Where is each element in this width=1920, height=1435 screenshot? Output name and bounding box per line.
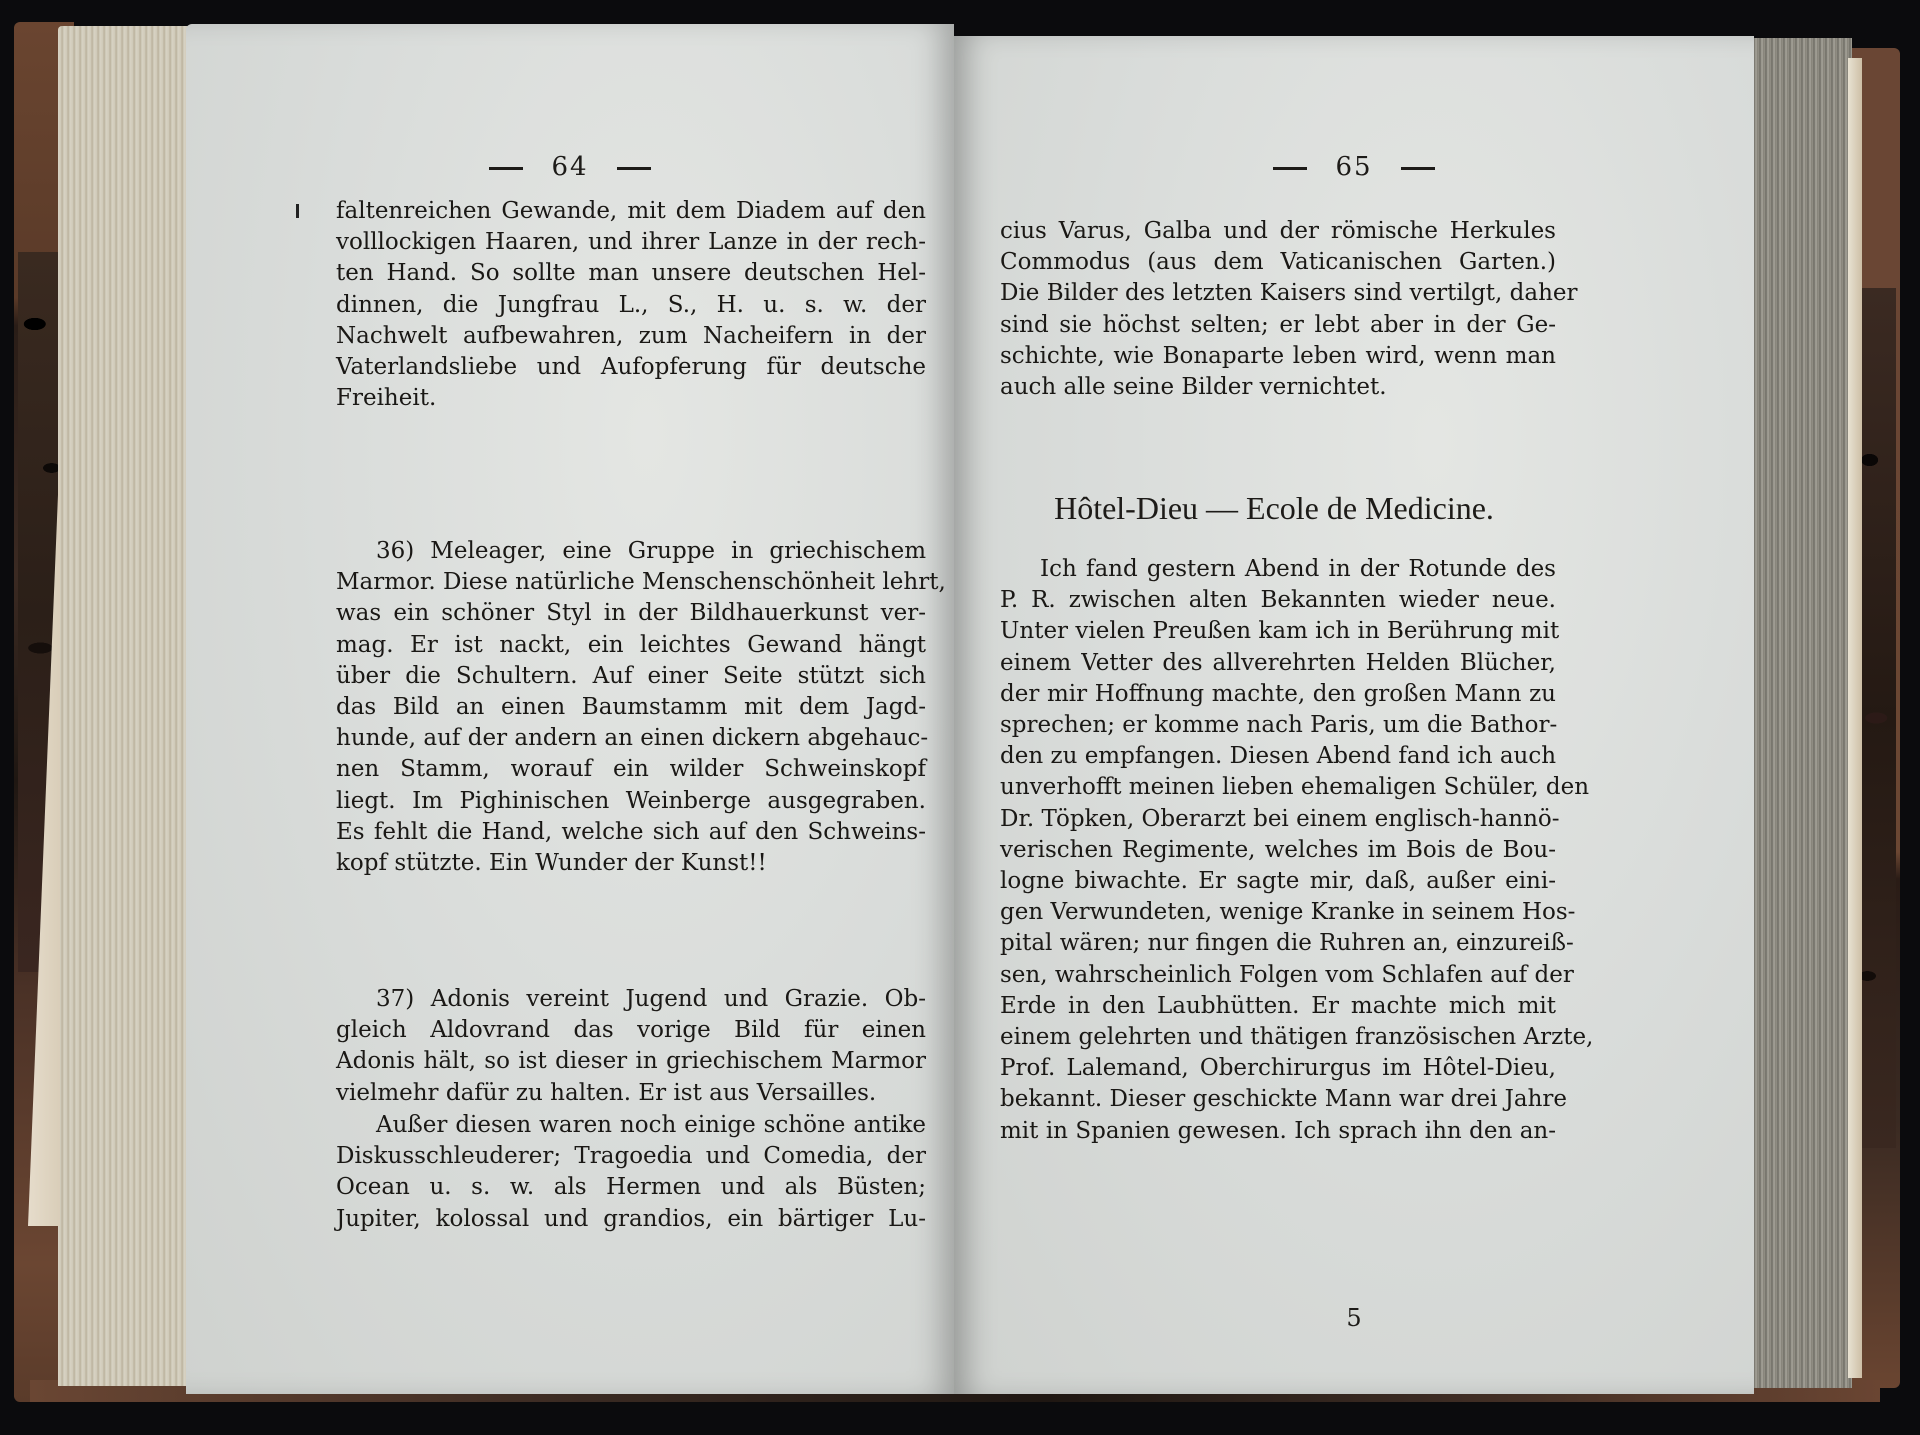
- text-line: faltenreichen Gewande, mit dem Diadem au…: [336, 196, 926, 227]
- left-page: 64 faltenreichen Gewande, mit dem Diadem…: [186, 24, 954, 1394]
- text-line: volllockigen Haaren, und ihrer Lanze in …: [336, 227, 926, 258]
- page-number-left: 64: [186, 152, 954, 182]
- folio-dash: [489, 167, 523, 170]
- folio-dash: [1273, 167, 1307, 170]
- text-line: nen Stamm, worauf ein wilder Schweinskop…: [336, 754, 926, 785]
- text-line: ten Hand. So sollte man unsere deutschen…: [336, 258, 926, 289]
- text-line: das Bild an einen Baumstamm mit dem Jagd…: [336, 692, 926, 723]
- page-stack-right: [1752, 38, 1852, 1388]
- text-line: Ocean u. s. w. als Hermen und als Büsten…: [336, 1172, 926, 1203]
- margin-mark: [296, 204, 299, 218]
- text-line: auch alle seine Bilder vernichtet.: [1000, 372, 1556, 403]
- text-line: unverhofft meinen lieben ehemaligen Schü…: [1000, 772, 1556, 803]
- folio-number: 64: [551, 152, 588, 182]
- text-line: cius Varus, Galba und der römische Herku…: [1000, 216, 1556, 247]
- text-line: Jupiter, kolossal und grandios, ein bärt…: [336, 1204, 926, 1235]
- text-line: pital wären; nur fingen die Ruhren an, e…: [1000, 928, 1556, 959]
- paragraph-item-36: 36) Meleager, eine Gruppe in griechische…: [336, 536, 926, 879]
- text-line: gen Verwundeten, wenige Kranke in seinem…: [1000, 897, 1556, 928]
- right-page: 65 cius Varus, Galba und der römische He…: [954, 36, 1754, 1394]
- text-line: logne biwachte. Er sagte mir, daß, außer…: [1000, 866, 1556, 897]
- folio-dash: [617, 167, 651, 170]
- text-line: Unter vielen Preußen kam ich in Berührun…: [1000, 616, 1556, 647]
- text-line: mit in Spanien gewesen. Ich sprach ihn d…: [1000, 1116, 1556, 1147]
- paragraph-item-37: 37) Adonis vereint Jugend und Grazie. Ob…: [336, 984, 926, 1109]
- text-line: hunde, auf der andern an einen dickern a…: [336, 723, 926, 754]
- text-line: Marmor. Diese natürliche Menschenschönhe…: [336, 567, 926, 598]
- text-line: schichte, wie Bonaparte leben wird, wenn…: [1000, 341, 1556, 372]
- text-line: mag. Er ist nackt, ein leichtes Gewand h…: [336, 630, 926, 661]
- text-line: Außer diesen waren noch einige schöne an…: [336, 1110, 926, 1141]
- text-line: über die Schultern. Auf einer Seite stüt…: [336, 661, 926, 692]
- folio-dash: [1401, 167, 1435, 170]
- signature-mark: 5: [954, 1304, 1754, 1332]
- text-line: gleich Aldovrand das vorige Bild für ein…: [336, 1015, 926, 1046]
- paragraph-continuation: cius Varus, Galba und der römische Herku…: [1000, 216, 1556, 403]
- text-line: einem gelehrten und thätigen französisch…: [1000, 1022, 1556, 1053]
- folio-number: 65: [1335, 152, 1372, 182]
- text-line: Prof. Lalemand, Oberchirurgus im Hôtel-D…: [1000, 1053, 1556, 1084]
- paragraph-closing: Außer diesen waren noch einige schöne an…: [336, 1110, 926, 1235]
- text-line: Dr. Töpken, Oberarzt bei einem englisch-…: [1000, 804, 1556, 835]
- text-line: Erde in den Laubhütten. Er machte mich m…: [1000, 991, 1556, 1022]
- text-line: Adonis hält, so ist dieser in griechisch…: [336, 1046, 926, 1077]
- page-stack-left: [58, 26, 188, 1386]
- section-heading: Hôtel-Dieu — Ecole de Medicine.: [994, 490, 1554, 527]
- text-line: einem Vetter des allverehrten Helden Blü…: [1000, 648, 1556, 679]
- text-line: Vaterlandsliebe und Aufopferung für deut…: [336, 352, 926, 383]
- text-line: bekannt. Dieser geschickte Mann war drei…: [1000, 1084, 1556, 1115]
- text-line: 37) Adonis vereint Jugend und Grazie. Ob…: [336, 984, 926, 1015]
- page-number-right: 65: [954, 152, 1754, 182]
- text-line: 36) Meleager, eine Gruppe in griechische…: [336, 536, 926, 567]
- paragraph-section-body: Ich fand gestern Abend in der Rotunde de…: [1000, 554, 1556, 1147]
- text-line: Ich fand gestern Abend in der Rotunde de…: [1000, 554, 1556, 585]
- text-line: Commodus (aus dem Vaticanischen Garten.): [1000, 247, 1556, 278]
- text-line: Nachwelt aufbewahren, zum Nacheifern in …: [336, 321, 926, 352]
- text-line: verischen Regimente, welches im Bois de …: [1000, 835, 1556, 866]
- text-line: sen, wahrscheinlich Folgen vom Schlafen …: [1000, 960, 1556, 991]
- page-edge-right: [1848, 58, 1862, 1378]
- text-line: der mir Hoffnung machte, den großen Mann…: [1000, 679, 1556, 710]
- paragraph-continuation: faltenreichen Gewande, mit dem Diadem au…: [336, 196, 926, 414]
- text-line: sprechen; er komme nach Paris, um die Ba…: [1000, 710, 1556, 741]
- text-line: P. R. zwischen alten Bekannten wieder ne…: [1000, 585, 1556, 616]
- text-line: sind sie höchst selten; er lebt aber in …: [1000, 310, 1556, 341]
- text-line: Es fehlt die Hand, welche sich auf den S…: [336, 817, 926, 848]
- text-line: Freiheit.: [336, 383, 926, 414]
- text-line: Die Bilder des letzten Kaisers sind vert…: [1000, 278, 1556, 309]
- text-line: was ein schöner Styl in der Bildhauerkun…: [336, 598, 926, 629]
- text-line: Diskusschleuderer; Tragoedia und Comedia…: [336, 1141, 926, 1172]
- text-line: liegt. Im Pighinischen Weinberge ausgegr…: [336, 786, 926, 817]
- text-line: vielmehr dafür zu halten. Er ist aus Ver…: [336, 1078, 926, 1109]
- text-line: den zu empfangen. Diesen Abend fand ich …: [1000, 741, 1556, 772]
- text-line: kopf stützte. Ein Wunder der Kunst!!: [336, 848, 926, 879]
- text-line: dinnen, die Jungfrau L., S., H. u. s. w.…: [336, 290, 926, 321]
